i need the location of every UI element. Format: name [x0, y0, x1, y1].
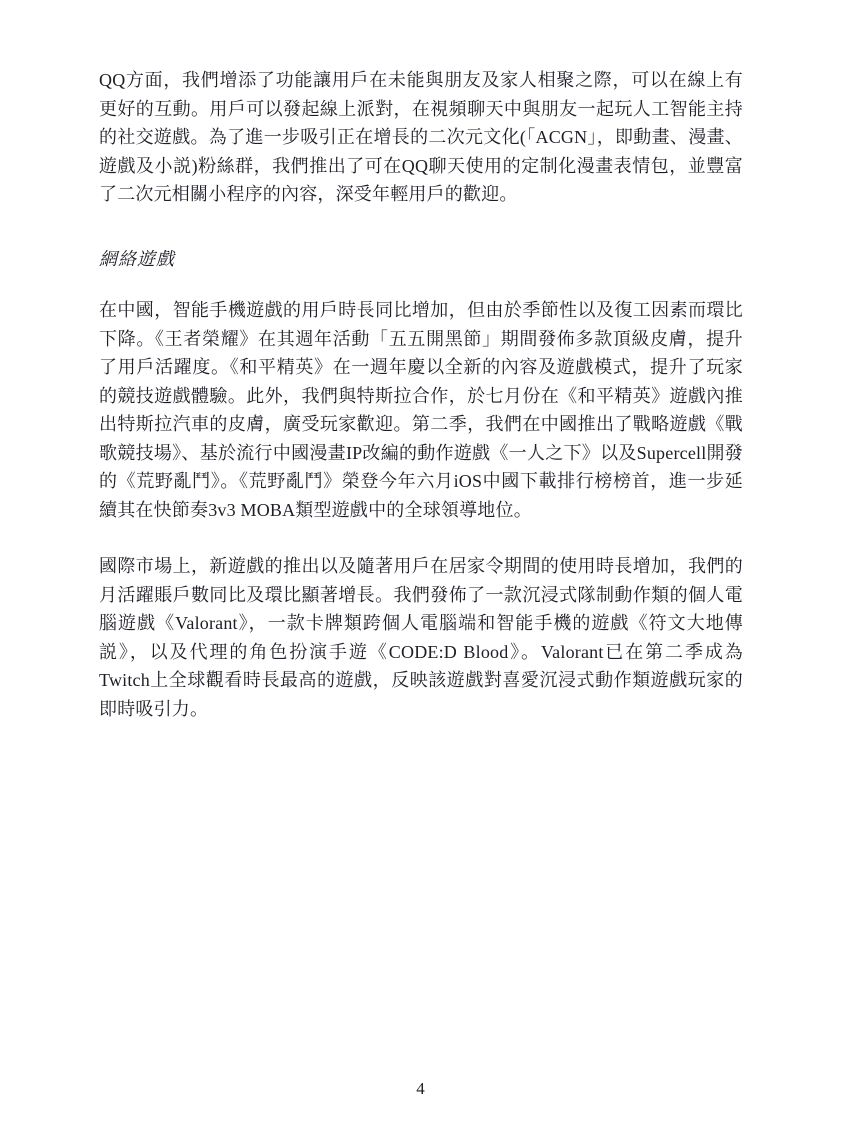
page-content: QQ方面，我們增添了功能讓用戶在未能與朋友及家人相聚之際，可以在線上有更好的互動… [99, 0, 743, 723]
page-number: 4 [0, 1078, 841, 1100]
paragraph-international-games: 國際市場上，新遊戲的推出以及隨著用戶在居家令期間的使用時長增加，我們的月活躍賬戶… [99, 552, 743, 723]
paragraph-qq-features: QQ方面，我們增添了功能讓用戶在未能與朋友及家人相聚之際，可以在線上有更好的互動… [99, 66, 743, 209]
paragraph-china-games: 在中國，智能手機遊戲的用戶時長同比增加，但由於季節性以及復工因素而環比下降。《王… [99, 296, 743, 524]
section-heading-online-games: 網絡遊戲 [99, 245, 743, 274]
